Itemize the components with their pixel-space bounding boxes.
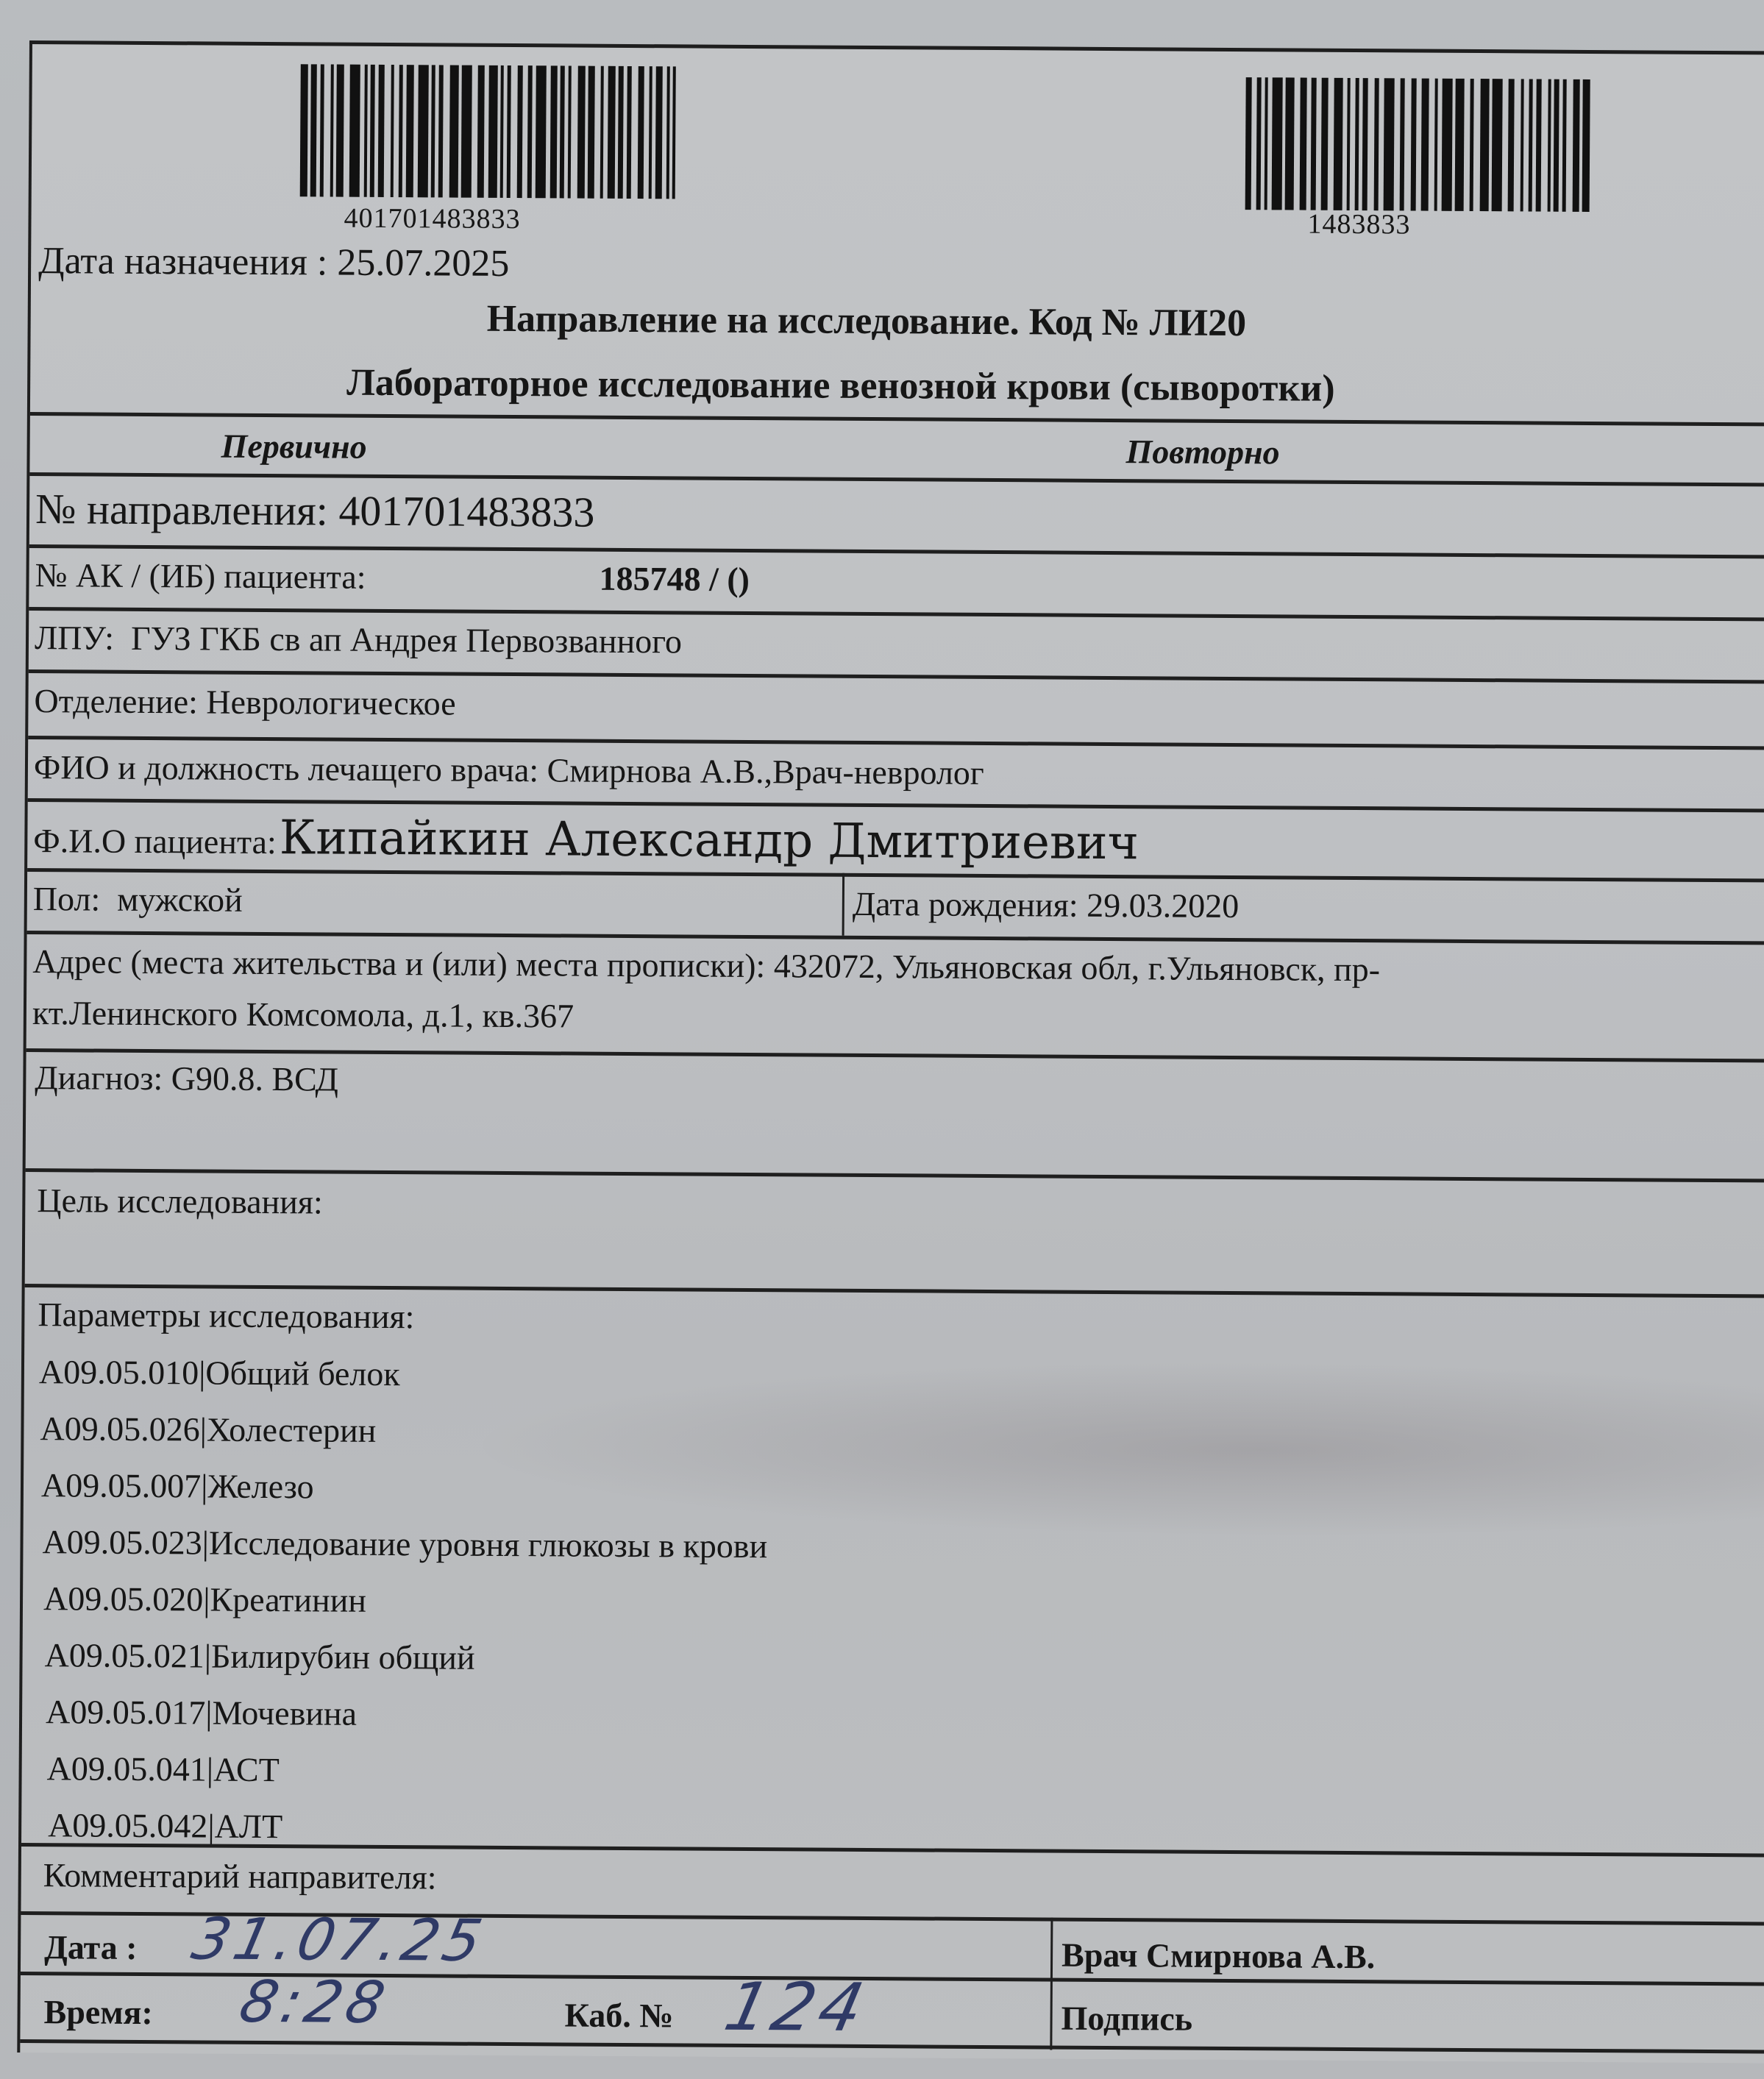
parameter-code: A09.05.017 (46, 1693, 206, 1731)
parameter-item: A09.05.021|Билирубин общий (44, 1635, 474, 1677)
address-label: Адрес (места жительства и (или) места пр… (32, 942, 765, 984)
parameter-item: A09.05.017|Мочевина (46, 1692, 357, 1733)
visit-type-primary[interactable]: Первично (221, 427, 366, 466)
form-subtitle: Лабораторное исследование венозной крови… (346, 361, 1335, 411)
referral-number-label: № направления: (35, 485, 328, 534)
form-title: Направление на исследование. Код № ЛИ20 (487, 297, 1247, 345)
parameter-item: A09.05.026|Холестерин (40, 1409, 376, 1450)
birth-date-value: 29.03.2020 (1087, 886, 1239, 925)
parameter-name: Билирубин общий (211, 1638, 475, 1677)
room-handwritten[interactable]: 124 (718, 1969, 875, 2047)
barcode-secondary (1245, 77, 1596, 212)
diagnosis-value: G90.8. ВСД (171, 1059, 338, 1098)
parameter-code: A09.05.010 (39, 1353, 199, 1391)
appointment-date-handwritten[interactable]: 31.07.25 (186, 1906, 491, 1974)
parameter-name: Железо (207, 1468, 313, 1506)
barcode-primary (300, 64, 680, 199)
barcode-secondary-number: 1483833 (1307, 208, 1410, 241)
divider (28, 736, 1764, 750)
parameter-name: Креатинин (210, 1581, 366, 1619)
divider (29, 669, 1764, 684)
department: Отделение: Неврологическое (34, 681, 455, 723)
birth-date-label: Дата рождения: (853, 885, 1078, 924)
patient-sex: Пол: мужской (33, 879, 243, 920)
parameter-code: A09.05.042 (48, 1806, 208, 1844)
divider (20, 2039, 1764, 2054)
facility-value: ГУЗ ГКБ св ап Андрея Первозванного (131, 619, 682, 661)
appointment-date-label: Дата : (44, 1927, 138, 1967)
sex-value: мужской (117, 881, 243, 919)
paper-shadow (465, 1357, 1764, 1541)
referral-form: 401701483833 1483833 Дата назначения : 2… (17, 40, 1764, 2064)
diagnosis: Диагноз: G90.8. ВСД (35, 1058, 338, 1099)
facility-label: ЛПУ: (35, 619, 114, 657)
sex-label: Пол: (33, 880, 101, 918)
patient-name-label: Ф.И.О пациента: (33, 822, 277, 861)
parameter-name: Холестерин (207, 1411, 377, 1449)
address-value-1: 432072, Ульяновская обл, г.Ульяновск, пр… (774, 947, 1381, 988)
column-divider (842, 873, 845, 936)
divider (30, 412, 1764, 427)
parameter-item: A09.05.023|Исследование уровня глюкозы в… (42, 1522, 767, 1566)
signature-label: Подпись (1061, 1999, 1192, 2039)
parameter-name: АЛТ (214, 1808, 282, 1846)
parameter-name: Мочевина (212, 1694, 357, 1732)
divider (26, 1168, 1764, 1183)
parameter-name: Исследование уровня глюкозы в крови (209, 1524, 768, 1566)
assignment-date-label: Дата назначения : (38, 240, 328, 283)
parameters-label: Параметры исследования: (38, 1295, 414, 1336)
parameter-name: АСТ (213, 1751, 280, 1789)
facility: ЛПУ: ГУЗ ГКБ св ап Андрея Первозванного (35, 618, 682, 661)
diagnosis-label: Диагноз: (35, 1059, 163, 1097)
card-number-label: № АК / (ИБ) пациента: (35, 555, 366, 597)
parameter-item: A09.05.041|АСТ (46, 1749, 279, 1789)
card-number-value: 185748 / () (599, 559, 750, 599)
parameter-code: A09.05.023 (42, 1523, 202, 1561)
patient-name-value: Кипайкин Александр Дмитриевич (280, 811, 1139, 870)
divider (27, 868, 1764, 883)
room-label: Каб. № (564, 1995, 673, 2035)
divider (21, 1843, 1764, 1858)
address-line-1: Адрес (места жительства и (или) места пр… (32, 942, 1380, 989)
department-label: Отделение: (34, 682, 198, 720)
appointment-time-handwritten[interactable]: 8:28 (234, 1969, 395, 2036)
parameter-code: A09.05.020 (43, 1579, 204, 1618)
purpose-label: Цель исследования: (37, 1181, 323, 1221)
parameter-name: Общий белок (205, 1354, 400, 1393)
parameter-code: A09.05.026 (40, 1410, 200, 1448)
parameter-item: A09.05.010|Общий белок (39, 1352, 400, 1393)
parameters-list: A09.05.010|Общий белокA09.05.026|Холесте… (32, 44, 1764, 55)
comment-label: Комментарий направителя: (43, 1855, 437, 1897)
parameter-code: A09.05.007 (41, 1466, 202, 1504)
birth-date: Дата рождения: 29.03.2020 (853, 884, 1240, 925)
referral-number-value: 401701483833 (338, 487, 594, 536)
assignment-date-value: 25.07.2025 (337, 242, 509, 285)
divider (29, 472, 1764, 487)
address-line-2: кт.Ленинского Комсомола, д.1, кв.367 (32, 993, 575, 1035)
attending-doctor: ФИО и должность лечащего врача: Смирнова… (34, 747, 984, 792)
parameter-item: A09.05.042|АЛТ (48, 1805, 282, 1846)
appointment-time-label: Время: (43, 1992, 153, 2032)
parameter-code: A09.05.041 (46, 1749, 207, 1788)
parameter-item: A09.05.007|Железо (41, 1465, 314, 1506)
attending-doctor-label: ФИО и должность лечащего врача: (34, 748, 538, 789)
patient-name: Ф.И.О пациента: Кипайкин Александр Дмитр… (33, 809, 1139, 870)
department-value: Неврологическое (206, 683, 456, 722)
column-divider (1050, 1918, 1053, 2050)
referral-number: № направления: 401701483833 (35, 484, 595, 537)
attending-doctor-value: Смирнова А.В.,Врач-невролог (547, 751, 984, 792)
parameter-code: A09.05.021 (44, 1636, 205, 1674)
referring-doctor: Врач Смирнова А.В. (1061, 1936, 1375, 1977)
assignment-date: Дата назначения : 25.07.2025 (38, 239, 510, 285)
visit-type-repeat[interactable]: Повторно (1125, 432, 1279, 472)
parameter-item: A09.05.020|Креатинин (43, 1579, 366, 1620)
barcode-primary-number: 401701483833 (344, 202, 520, 235)
